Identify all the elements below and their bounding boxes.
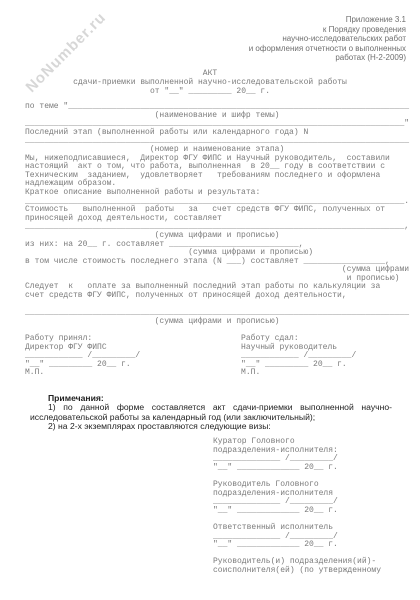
title-act: АКТ bbox=[0, 69, 420, 78]
text-line: счет средств ФГУ ФИПС, полученных от при… bbox=[25, 291, 409, 300]
text-line: настоящий акт о том, что работа, выполне… bbox=[25, 162, 409, 171]
title-subtitle: сдачи-приемки выполненной научно-исследо… bbox=[0, 78, 420, 87]
text-line: Мы, нижеподписавшиеся, Директор ФГУ ФИПС… bbox=[25, 154, 409, 163]
watermark: NoNumber.ru bbox=[3, 0, 128, 115]
text-line: к Порядку проведения bbox=[249, 25, 406, 35]
text-line: Работу принял: Работу сдал: bbox=[25, 334, 409, 343]
text-line: Приложение 3.1 bbox=[249, 15, 406, 25]
text-line: в том числе стоимость последнего этапа (… bbox=[25, 257, 409, 266]
text-line bbox=[25, 325, 409, 334]
text-line: подразделения-исполнителя bbox=[213, 489, 381, 498]
text-line: ______________ /_________/ bbox=[213, 532, 381, 541]
document-body: по теме "_______________________________… bbox=[25, 102, 409, 377]
text-line: Техническим заданием, удовлетворяет треб… bbox=[25, 171, 409, 180]
appendix-header: Приложение 3.1к Порядку проведениянаучно… bbox=[249, 15, 406, 63]
text-line: Куратор Головного bbox=[213, 437, 381, 446]
text-line: приносящей доход деятельности, составляе… bbox=[25, 214, 409, 223]
text-line: по теме "_______________________________… bbox=[25, 102, 409, 111]
text-line: соисполнителя(ей) (по утвержденному bbox=[213, 566, 381, 575]
text-line: (номер и наименование этапа) bbox=[25, 145, 409, 154]
text-line: М.П. М.П. bbox=[25, 368, 409, 377]
notes-section: Примечания: 1) по данной форме составляе… bbox=[30, 393, 392, 432]
text-line: ________________________________________… bbox=[25, 136, 409, 145]
text-line: Стоимость выполненной работы за счет сре… bbox=[25, 205, 409, 214]
text-line: и оформления отчетности о выполненных bbox=[249, 44, 406, 54]
text-line bbox=[25, 300, 409, 309]
document-title: АКТ сдачи-приемки выполненной научно-исс… bbox=[0, 69, 420, 97]
text-line bbox=[213, 549, 381, 558]
text-line: (сумма цифрами bbox=[25, 265, 409, 274]
text-line: научно-исследовательских работ bbox=[249, 34, 406, 44]
text-line: ____________ /_________/ ____________ /_… bbox=[25, 351, 409, 360]
visas-block: Куратор Головногоподразделения-исполните… bbox=[213, 437, 381, 575]
note-item-2: 2) на 2-х экземплярах проставляются след… bbox=[30, 422, 392, 432]
text-line: (сумма цифрами и прописью) bbox=[25, 317, 409, 326]
text-line: ________________________________________… bbox=[25, 119, 409, 128]
text-line: "__" _____________ 20__ г. bbox=[213, 506, 381, 515]
text-line: и прописью) bbox=[25, 274, 409, 283]
text-line: Следует к оплате за выполненный последни… bbox=[25, 282, 409, 291]
note-item-1: 1) по данной форме составляется акт сдач… bbox=[30, 403, 392, 422]
text-line: ______________ /_________/ bbox=[213, 454, 381, 463]
text-line: подразделения-исполнителя: bbox=[213, 446, 381, 455]
text-line: ________________________________________… bbox=[25, 308, 409, 317]
text-line: "__" _____________ 20__ г. bbox=[213, 540, 381, 549]
text-line: ______________ /_________/ bbox=[213, 497, 381, 506]
text-line: из них: на 20__ г. составляет __________… bbox=[25, 240, 409, 249]
text-line: Руководитель(и) подразделения(ий)- bbox=[213, 557, 381, 566]
text-line: Руководитель Головного bbox=[213, 480, 381, 489]
text-line bbox=[213, 514, 381, 523]
title-date-line: от "__" _________ 20__ г. bbox=[0, 87, 420, 96]
text-line: "__" _____________ 20__ г. bbox=[213, 463, 381, 472]
text-line: (сумма цифрами и прописью) bbox=[25, 248, 409, 257]
text-line: Краткое описание выполненной работы и ре… bbox=[25, 188, 409, 197]
text-line: (наименование и шифр темы) bbox=[25, 111, 409, 120]
text-line: (сумма цифрами и прописью) bbox=[25, 231, 409, 240]
text-line: надлежащим образом. bbox=[25, 179, 409, 188]
text-line: ________________________________________… bbox=[25, 197, 409, 206]
text-line: Последний этап (выполненной работы или к… bbox=[25, 128, 409, 137]
text-line: работах (Н-2-2009) bbox=[249, 53, 406, 63]
text-line bbox=[213, 471, 381, 480]
text-line: Директор ФГУ ФИПС Научный руководитель bbox=[25, 343, 409, 352]
text-line: ________________________________________… bbox=[25, 222, 409, 231]
text-line: Ответственный исполнитель bbox=[213, 523, 381, 532]
text-line: "__" _________ 20__ г. "__" _________ 20… bbox=[25, 360, 409, 369]
document-page: NoNumber.ru Приложение 3.1к Порядку пров… bbox=[0, 0, 420, 600]
